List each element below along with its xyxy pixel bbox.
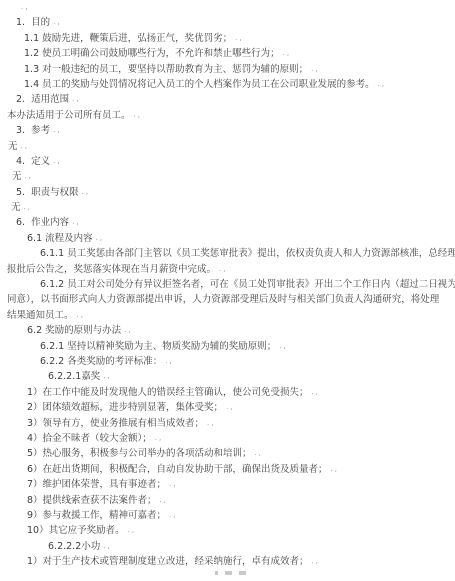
commendation-item-1: 1）在工作中能及时发现他人的错误经主管确认，使公司免受损失；., — [27, 385, 455, 400]
commendation-item-7: 7）维护团体荣誉，具有事迹者；., — [27, 477, 455, 492]
minor-merit-item-1: 1）对于生产技术或管理制度建立改进，经采纳施行，卓有成效者；., — [27, 554, 455, 569]
line-text: 同意），以书面形式向人力资源部提出申诉，人力资源部受理后及时与相关部门负责人沟通… — [7, 294, 439, 305]
heading-3-reference: 3. 参考., — [16, 123, 455, 138]
para-6-1-2-line-1: 6.1.2 员工对公司处分有异议拒签名者，可在《员工处罚审批表》开出二个工作日内… — [40, 277, 455, 292]
line-text: 6. 作业内容 — [16, 217, 69, 228]
pilcrow-mark: ., — [235, 34, 243, 42]
line-text: 8）提供线索查获不法案件者； — [27, 495, 157, 506]
line-text: 6.2.2.1嘉奖 — [48, 371, 100, 382]
line-text: 6.2.2 各类奖励的考评标准： — [40, 356, 162, 367]
pilcrow-mark: ., — [128, 526, 136, 534]
para-6-1-2-line-2: 同意），以书面形式向人力资源部提出申诉，人力资源部受理后及时与相关部门负责人沟通… — [7, 292, 455, 307]
line-text: 6.1 流程及内容 — [27, 233, 93, 244]
heading-6-2-2-2-minor-merit: 6.2.2.2小功., — [48, 539, 455, 554]
heading-6-1-process: 6.1 流程及内容., — [27, 231, 455, 246]
item-1-2: 1.2 使员工明确公司鼓励哪些行为，不允许和禁止哪些行为；., — [24, 46, 455, 61]
pilcrow-mark: ., — [53, 18, 61, 26]
pilcrow-mark: ., — [169, 511, 177, 519]
line-text: 结果通知员工。 — [7, 310, 74, 321]
commendation-item-3: 3）领导有方，使业务推展有相当成效者；., — [27, 416, 455, 431]
para-reference-none: 无., — [8, 139, 455, 154]
pilcrow-mark: ., — [331, 465, 339, 473]
line-text: 2. 适用范围 — [16, 94, 69, 105]
heading-4-definitions: 4. 定义., — [16, 154, 455, 169]
commendation-item-8: 8）提供线索查获不法案件者；., — [27, 493, 455, 508]
line-text: 1.2 使员工明确公司鼓励哪些行为，不允许和禁止哪些行为； — [24, 48, 280, 59]
line-text: 无 — [11, 202, 21, 213]
line-text: 1）对于生产技术或管理制度建立改进，经采纳施行，卓有成效者； — [27, 556, 309, 567]
para-responsibilities-none: 无., — [11, 200, 455, 215]
line-text: 6）在赶出货期间，积极配合，自动自发协助干部，确保出货及质量者； — [27, 464, 328, 475]
para-scope-body: 本办法适用于公司所有员工。., — [7, 108, 455, 123]
line-text: 4. 定义 — [16, 156, 50, 167]
heading-6-2-reward-principles: 6.2 奖励的原则与办法., — [27, 323, 455, 338]
line-text: 5. 职责与权限 — [16, 187, 79, 198]
pilcrow-mark: ., — [378, 80, 386, 88]
pilcrow-mark: ., — [21, 3, 29, 11]
pilcrow-mark: ., — [155, 434, 163, 442]
pilcrow-mark: ., — [24, 203, 32, 211]
line-text: 6.1.2 员工对公司处分有异议拒签名者，可在《员工处罚审批表》开出二个工作日内… — [40, 279, 455, 290]
text-speck — [215, 571, 218, 575]
line-text: 6.1.1 员工奖惩由各部门主管以《员工奖惩审批表》提出，依权责负责人和人力资源… — [40, 248, 455, 259]
pilcrow-mark: ., — [96, 234, 104, 242]
commendation-item-2: 2）团体绩效超标，进步特别显著，集体受奖；., — [27, 400, 455, 415]
pilcrow-mark: ., — [103, 542, 111, 550]
line-text: 4）拾金不昧者（较大金额）； — [27, 433, 152, 444]
commendation-item-9: 9）参与救援工作，精神可嘉者；., — [27, 508, 455, 523]
commendation-item-4: 4）拾金不昧者（较大金额）；., — [27, 431, 455, 446]
pilcrow-mark: ., — [72, 95, 80, 103]
pilcrow-mark: ., — [165, 357, 173, 365]
pilcrow-mark: ., — [219, 265, 227, 273]
pilcrow-mark: ., — [53, 126, 61, 134]
item-1-1: 1.1 鼓励先进，鞭策后进，弘扬正气，奖优罚劣；., — [24, 31, 455, 46]
para-6-2-2: 6.2.2 各类奖励的考评标准：., — [40, 354, 455, 369]
line-text: 1.3 对一般违纪的员工，要坚持以帮助教育为主、惩罚为辅的原则； — [24, 64, 308, 75]
line-text: 1.4 员工的奖励与处罚情况将记入员工的个人档案作为员工在公司职业发展的参考。 — [24, 79, 375, 90]
pilcrow-mark: ., — [134, 111, 142, 119]
pilcrow-mark: ., — [124, 326, 132, 334]
commendation-item-6: 6）在赶出货期间，积极配合，自动自发协助干部，确保出货及质量者；., — [27, 462, 455, 477]
pilcrow-mark: ., — [72, 218, 80, 226]
para-definitions-none: 无., — [12, 169, 455, 184]
pilcrow-mark: ., — [226, 403, 234, 411]
line-text: 9）参与救援工作，精神可嘉者； — [27, 510, 166, 521]
heading-6-work-content: 6. 作业内容., — [16, 215, 455, 230]
line-text: 3. 参考 — [16, 125, 50, 136]
line-text: 5）热心服务，积极参与公司举办的各项活动和培训； — [27, 448, 252, 459]
para-6-1-2-line-3: 结果通知员工。., — [7, 308, 455, 323]
line-text: 本办法适用于公司所有员工。 — [7, 110, 131, 121]
pilcrow-mark: ., — [53, 157, 61, 165]
pilcrow-mark: ., — [312, 557, 320, 565]
line-text: 2）团体绩效超标，进步特别显著，集体受奖； — [27, 402, 223, 413]
pilcrow-mark: ., — [21, 142, 29, 150]
line-text: 1. 目的 — [16, 17, 50, 28]
pilcrow-mark: ., — [82, 188, 90, 196]
empty-paragraph-mark-line: ., — [18, 0, 455, 15]
item-1-4: 1.4 员工的奖励与处罚情况将记入员工的个人档案作为员工在公司职业发展的参考。.… — [24, 77, 455, 92]
para-6-1-1-line-2: 报批后公告之，奖惩落实体现在当月薪资中完成。., — [7, 262, 455, 277]
pilcrow-mark: ., — [279, 342, 287, 350]
line-text: 报批后公告之，奖惩落实体现在当月薪资中完成。 — [7, 264, 216, 275]
heading-2-scope: 2. 适用范围., — [16, 92, 455, 107]
pilcrow-mark: ., — [312, 388, 320, 396]
pilcrow-mark: ., — [169, 480, 177, 488]
line-text: 1）在工作中能及时发现他人的错误经主管确认，使公司免受损失； — [27, 387, 309, 398]
para-6-1-1-line-1: 6.1.1 员工奖惩由各部门主管以《员工奖惩审批表》提出，依权责负责人和人力资源… — [40, 246, 455, 261]
pilcrow-mark: ., — [311, 65, 319, 73]
heading-1-purpose: 1. 目的., — [16, 15, 455, 30]
text-speck — [225, 571, 232, 575]
pilcrow-mark: ., — [160, 496, 168, 504]
pilcrow-mark: ., — [255, 449, 263, 457]
line-text: 7）维护团体荣誉，具有事迹者； — [27, 479, 166, 490]
clipped-text-fragment — [215, 571, 253, 577]
pilcrow-mark: ., — [77, 311, 85, 319]
text-speck — [239, 571, 246, 575]
heading-5-responsibilities: 5. 职责与权限., — [16, 185, 455, 200]
line-text: 6.2.1 坚持以精神奖励为主、物质奖励为辅的奖励原则； — [40, 341, 276, 352]
para-6-2-1: 6.2.1 坚持以精神奖励为主、物质奖励为辅的奖励原则；., — [40, 339, 455, 354]
heading-6-2-2-1-commendation: 6.2.2.1嘉奖., — [48, 369, 455, 384]
line-text: 1.1 鼓励先进，鞭策后进，弘扬正气，奖优罚劣； — [24, 33, 232, 44]
item-1-3: 1.3 对一般违纪的员工，要坚持以帮助教育为主、惩罚为辅的原则；., — [24, 62, 455, 77]
line-text: 无 — [8, 141, 18, 152]
commendation-item-10: 10）其它应予奖励者。., — [27, 523, 455, 538]
pilcrow-mark: ., — [25, 172, 33, 180]
line-text: 无 — [12, 171, 22, 182]
pilcrow-mark: ., — [283, 49, 291, 57]
line-text: 6.2.2.2小功 — [48, 541, 100, 552]
pilcrow-mark: ., — [207, 419, 215, 427]
pilcrow-mark: ., — [103, 372, 111, 380]
document-page: ., 1. 目的., 1.1 鼓励先进，鞭策后进，弘扬正气，奖优罚劣；., 1.… — [0, 0, 455, 581]
line-text: 3）领导有方，使业务推展有相当成效者； — [27, 418, 204, 429]
commendation-item-5: 5）热心服务，积极参与公司举办的各项活动和培训；., — [27, 446, 455, 461]
line-text: 6.2 奖励的原则与办法 — [27, 325, 121, 336]
line-text: 10）其它应予奖励者。 — [27, 525, 125, 536]
